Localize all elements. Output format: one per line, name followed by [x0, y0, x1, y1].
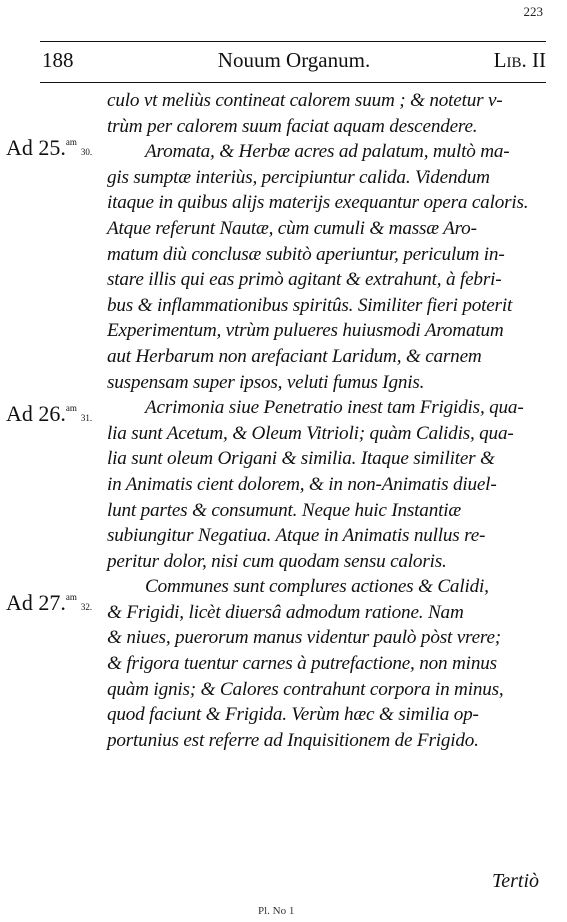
text-line: & frigora tuentur carnes à putrefactione…: [107, 651, 547, 677]
scan-page-number: 223: [524, 4, 544, 20]
text-line: lia sunt Acetum, & Oleum Vitrioli; quàm …: [107, 421, 547, 447]
text-line: & Frigidi, licèt diuersâ admodum ratione…: [107, 600, 547, 626]
text-line: subiungitur Negatiua. Atque in Animatis …: [107, 523, 547, 549]
text-line: aut Herbarum non arefaciant Laridum, & c…: [107, 344, 547, 370]
text-line: bus & inflammationibus spiritûs. Similit…: [107, 293, 547, 319]
book-title: Nouum Organum.: [42, 48, 546, 73]
catchword: Tertiò: [492, 870, 539, 893]
margin-note-ad26: Ad 26.am31.: [6, 401, 92, 427]
text-line: matum diù conclusæ subitò aperiuntur, pe…: [107, 242, 547, 268]
text-line: lia sunt oleum Origani & similia. Itaque…: [107, 446, 547, 472]
text-line: portunius est referre ad Inquisitionem d…: [107, 728, 547, 754]
text-line: lunt partes & consumunt. Neque huic Inst…: [107, 498, 547, 524]
text-line: in Animatis cient dolorem, & in non-Anim…: [107, 472, 547, 498]
header-rule-bottom: [40, 82, 546, 83]
running-head: 188 Nouum Organum. Lib. II: [42, 48, 546, 76]
text-line: gis sumptæ interiùs, percipiuntur calida…: [107, 165, 547, 191]
text-line: Acrimonia siue Penetratio inest tam Frig…: [107, 395, 547, 421]
text-line: Communes sunt complures actiones & Calid…: [107, 574, 547, 600]
text-line: quod faciunt & Frigida. Verùm hæc & simi…: [107, 702, 547, 728]
text-line: itaque in quibus alijs materijs exequant…: [107, 190, 547, 216]
text-line: suspensam super ipsos, veluti fumus Igni…: [107, 370, 547, 396]
body-text: culo vt meliùs contineat calorem suum ; …: [107, 88, 547, 753]
text-line: & niues, puerorum manus videntur paulò p…: [107, 625, 547, 651]
header-rule-top: [40, 41, 546, 42]
text-line: Atque referunt Nautæ, cùm cumuli & massæ…: [107, 216, 547, 242]
text-line: peritur dolor, nisi cum quodam sensu cal…: [107, 549, 547, 575]
text-line: culo vt meliùs contineat calorem suum ; …: [107, 88, 547, 114]
margin-note-ad25: Ad 25.am30.: [6, 135, 92, 161]
text-line: Aromata, & Herbæ acres ad palatum, multò…: [107, 139, 547, 165]
text-line: quàm ignis; & Calores contrahunt corpora…: [107, 677, 547, 703]
text-line: stare illis qui eas primò agitant & extr…: [107, 267, 547, 293]
text-line: trùm per calorem suum faciat aquam desce…: [107, 114, 547, 140]
plate-signature: Pl. No 1: [258, 905, 294, 917]
text-line: Experimentum, vtrùm pulueres huiusmodi A…: [107, 318, 547, 344]
margin-note-ad27: Ad 27.am32.: [6, 590, 92, 616]
book-section: Lib. II: [494, 48, 546, 73]
